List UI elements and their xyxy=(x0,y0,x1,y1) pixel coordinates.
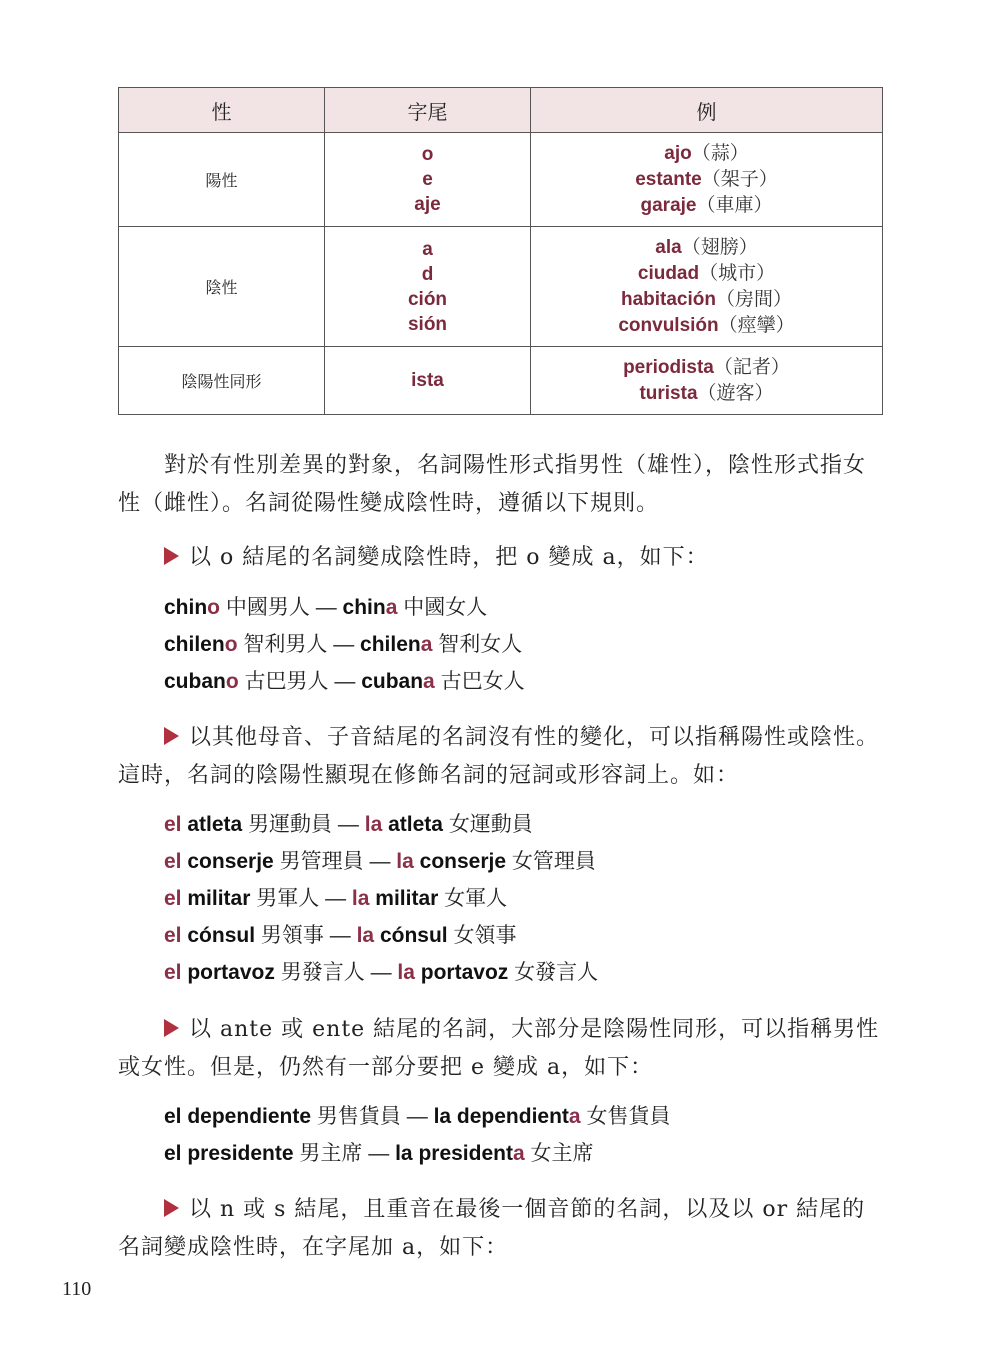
masculine-article: el xyxy=(164,924,182,947)
example-line: cubano 古巴男人 — cubana 古巴女人 xyxy=(164,663,525,700)
table-header-row: 性 字尾 例 xyxy=(119,88,883,133)
gender-cell: 陰性 xyxy=(119,227,325,347)
feminine-meaning: 古巴女人 xyxy=(441,670,525,693)
feminine-word: atleta xyxy=(388,813,443,836)
masculine-word: el dependiente xyxy=(164,1105,311,1128)
triangle-bullet-icon xyxy=(164,1199,179,1217)
dash: — xyxy=(371,961,392,984)
gender-ending-table: 性 字尾 例 陽性 o e aje ajo（蒜） estante（架子） gar… xyxy=(118,87,883,415)
ending: d xyxy=(325,262,530,287)
masculine-meaning: 男運動員 xyxy=(248,813,332,836)
header-example: 例 xyxy=(531,88,883,133)
example-meaning: （城市） xyxy=(699,263,775,284)
intro-paragraph: 對於有性別差異的對象，名詞陽性形式指男性（雄性），陰性形式指女性（雌性）。名詞從… xyxy=(118,447,886,523)
masculine-article: el xyxy=(164,850,182,873)
masculine-article: el xyxy=(164,887,182,910)
example-meaning: （房間） xyxy=(716,289,792,310)
example-line: el cónsul 男領事 — la cónsul 女領事 xyxy=(164,917,516,954)
feminine-article: la xyxy=(396,850,414,873)
example-line: el dependiente 男售貨員 — la dependienta 女售貨… xyxy=(164,1098,670,1135)
gender-cell: 陽性 xyxy=(119,133,325,227)
ending: a xyxy=(325,237,530,262)
masculine-stem: chilen xyxy=(164,633,225,656)
masculine-meaning: 男售貨員 xyxy=(317,1105,401,1128)
masculine-word: atleta xyxy=(187,813,242,836)
feminine-ending: a xyxy=(423,670,435,693)
rule-paragraph: 以 n 或 s 結尾，且重音在最後一個音節的名詞，以及以 or 結尾的名詞變成陰… xyxy=(118,1191,886,1267)
feminine-article: la xyxy=(352,887,370,910)
example-word: convulsión xyxy=(618,315,718,336)
example-line: chino 中國男人 — china 中國女人 xyxy=(164,589,487,626)
masculine-meaning: 男軍人 xyxy=(256,887,319,910)
feminine-meaning: 智利女人 xyxy=(438,633,522,656)
example-line: el conserje 男管理員 — la conserje 女管理員 xyxy=(164,843,596,880)
ending-cell: ista xyxy=(325,347,531,415)
feminine-meaning: 中國女人 xyxy=(403,596,487,619)
masculine-meaning: 男發言人 xyxy=(281,961,365,984)
example-line: el portavoz 男發言人 — la portavoz 女發言人 xyxy=(164,954,598,991)
header-ending: 字尾 xyxy=(325,88,531,133)
masculine-ending: o xyxy=(225,633,238,656)
masculine-ending: o xyxy=(226,670,239,693)
ending-cell: o e aje xyxy=(325,133,531,227)
rule-paragraph: 以 ante 或 ente 結尾的名詞，大部分是陰陽性同形，可以指稱男性或女性。… xyxy=(118,1011,886,1087)
feminine-meaning: 女發言人 xyxy=(514,961,598,984)
feminine-stem: chilen xyxy=(360,633,421,656)
dash: — xyxy=(368,1142,389,1165)
ending: aje xyxy=(325,192,530,217)
example-cell: ala（翅膀） ciudad（城市） habitación（房間） convul… xyxy=(531,227,883,347)
example-word: ajo xyxy=(664,143,691,164)
masculine-article: el xyxy=(164,961,182,984)
book-page: 性 字尾 例 陽性 o e aje ajo（蒜） estante（架子） gar… xyxy=(0,0,1000,1353)
feminine-ending: a xyxy=(513,1142,525,1165)
dash: — xyxy=(325,887,346,910)
rule-text: 以 ante 或 ente 結尾的名詞，大部分是陰陽性同形，可以指稱男性或女性。… xyxy=(118,1017,879,1080)
masculine-stem: chin xyxy=(164,596,207,619)
feminine-stem: la president xyxy=(395,1142,513,1165)
dash: — xyxy=(338,813,359,836)
table-row-masculine: 陽性 o e aje ajo（蒜） estante（架子） garaje（車庫） xyxy=(119,133,883,227)
masculine-meaning: 古巴男人 xyxy=(245,670,329,693)
ending: o xyxy=(325,142,530,167)
example-meaning: （翅膀） xyxy=(682,237,758,258)
feminine-stem: chin xyxy=(343,596,386,619)
masculine-word: militar xyxy=(187,887,250,910)
dash: — xyxy=(316,596,337,619)
ending: ción xyxy=(325,287,530,312)
example-meaning: （車庫） xyxy=(696,195,772,216)
triangle-bullet-icon xyxy=(164,547,179,565)
example-word: ala xyxy=(655,237,681,258)
feminine-stem: cuban xyxy=(361,670,423,693)
feminine-meaning: 女運動員 xyxy=(449,813,533,836)
masculine-word: cónsul xyxy=(187,924,255,947)
masculine-article: el xyxy=(164,813,182,836)
rule-paragraph: 以 o 結尾的名詞變成陰性時，把 o 變成 a，如下： xyxy=(118,539,886,577)
feminine-word: cónsul xyxy=(380,924,448,947)
feminine-meaning: 女主席 xyxy=(531,1142,594,1165)
feminine-stem: la dependient xyxy=(434,1105,569,1128)
feminine-word: portavoz xyxy=(421,961,509,984)
feminine-meaning: 女管理員 xyxy=(512,850,596,873)
rule-text: 以 n 或 s 結尾，且重音在最後一個音節的名詞，以及以 or 結尾的名詞變成陰… xyxy=(118,1197,865,1260)
feminine-article: la xyxy=(397,961,415,984)
example-meaning: （記者） xyxy=(714,357,790,378)
example-word: turista xyxy=(639,383,697,404)
dash: — xyxy=(407,1105,428,1128)
masculine-meaning: 智利男人 xyxy=(243,633,327,656)
dash: — xyxy=(333,633,354,656)
example-word: garaje xyxy=(641,195,697,216)
feminine-ending: a xyxy=(569,1105,581,1128)
ending: e xyxy=(325,167,530,192)
masculine-word: portavoz xyxy=(187,961,275,984)
dash: — xyxy=(334,670,355,693)
rule-paragraph: 以其他母音、子音結尾的名詞沒有性的變化，可以指稱陽性或陰性。這時，名詞的陰陽性顯… xyxy=(118,719,886,795)
gender-cell: 陰陽性同形 xyxy=(119,347,325,415)
example-line: chileno 智利男人 — chilena 智利女人 xyxy=(164,626,522,663)
example-meaning: （蒜） xyxy=(692,143,749,164)
dash: — xyxy=(369,850,390,873)
example-meaning: （痙攣） xyxy=(719,315,795,336)
example-line: el atleta 男運動員 — la atleta 女運動員 xyxy=(164,806,533,843)
feminine-meaning: 女售貨員 xyxy=(586,1105,670,1128)
example-word: estante xyxy=(635,169,702,190)
triangle-bullet-icon xyxy=(164,1019,179,1037)
example-line: el militar 男軍人 — la militar 女軍人 xyxy=(164,880,507,917)
masculine-ending: o xyxy=(207,596,220,619)
ending-cell: a d ción sión xyxy=(325,227,531,347)
table-row-common: 陰陽性同形 ista periodista（記者） turista（遊客） xyxy=(119,347,883,415)
masculine-meaning: 男主席 xyxy=(299,1142,362,1165)
feminine-word: militar xyxy=(375,887,438,910)
ending: ista xyxy=(325,368,530,393)
example-cell: ajo（蒜） estante（架子） garaje（車庫） xyxy=(531,133,883,227)
triangle-bullet-icon xyxy=(164,727,179,745)
example-meaning: （架子） xyxy=(702,169,778,190)
example-meaning: （遊客） xyxy=(698,383,774,404)
feminine-article: la xyxy=(357,924,375,947)
masculine-meaning: 男領事 xyxy=(261,924,324,947)
example-line: el presidente 男主席 — la presidenta 女主席 xyxy=(164,1135,594,1172)
example-word: habitación xyxy=(621,289,716,310)
masculine-word: el presidente xyxy=(164,1142,294,1165)
rule-text: 以其他母音、子音結尾的名詞沒有性的變化，可以指稱陽性或陰性。這時，名詞的陰陽性顯… xyxy=(118,725,879,788)
masculine-meaning: 中國男人 xyxy=(226,596,310,619)
feminine-ending: a xyxy=(386,596,398,619)
feminine-word: conserje xyxy=(420,850,506,873)
feminine-ending: a xyxy=(421,633,433,656)
example-cell: periodista（記者） turista（遊客） xyxy=(531,347,883,415)
masculine-word: conserje xyxy=(187,850,273,873)
ending: sión xyxy=(325,312,530,337)
masculine-meaning: 男管理員 xyxy=(280,850,364,873)
page-number: 110 xyxy=(62,1278,91,1301)
header-gender: 性 xyxy=(119,88,325,133)
masculine-stem: cuban xyxy=(164,670,226,693)
example-word: periodista xyxy=(623,357,714,378)
feminine-meaning: 女軍人 xyxy=(444,887,507,910)
table-row-feminine: 陰性 a d ción sión ala（翅膀） ciudad（城市） habi… xyxy=(119,227,883,347)
feminine-meaning: 女領事 xyxy=(453,924,516,947)
dash: — xyxy=(330,924,351,947)
example-word: ciudad xyxy=(638,263,699,284)
rule-text: 以 o 結尾的名詞變成陰性時，把 o 變成 a，如下： xyxy=(189,545,709,570)
feminine-article: la xyxy=(365,813,383,836)
